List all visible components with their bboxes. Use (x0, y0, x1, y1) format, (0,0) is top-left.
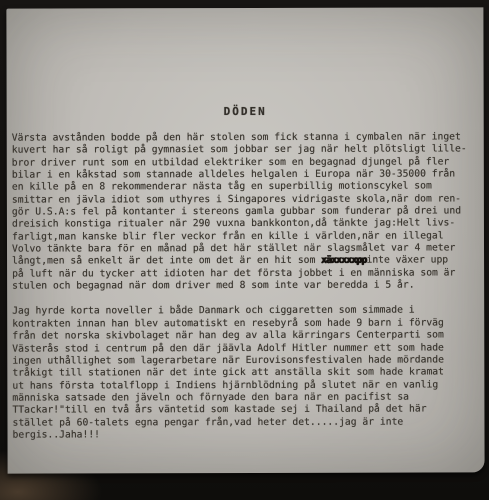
text-block: Värsta avstånden bodde på den här stolen… (7, 117, 485, 441)
typewritten-page: DÖDEN Värsta avstånden bodde på den här … (6, 7, 484, 473)
page-title: DÖDEN (6, 7, 483, 118)
paragraph-1: Värsta avstånden bodde på den här stolen… (12, 131, 480, 293)
photo-frame: DÖDEN Värsta avstånden bodde på den här … (0, 0, 489, 500)
paragraph-1-text-before-blot: Värsta avstånden bodde på den här stolen… (12, 131, 467, 267)
paragraph-2-text: Jag hyrde korta noveller i både Danmark … (12, 305, 444, 440)
paragraph-2: Jag hyrde korta noveller i både Danmark … (12, 305, 480, 442)
overstruck-word: xäxxxxxpp (321, 255, 366, 266)
